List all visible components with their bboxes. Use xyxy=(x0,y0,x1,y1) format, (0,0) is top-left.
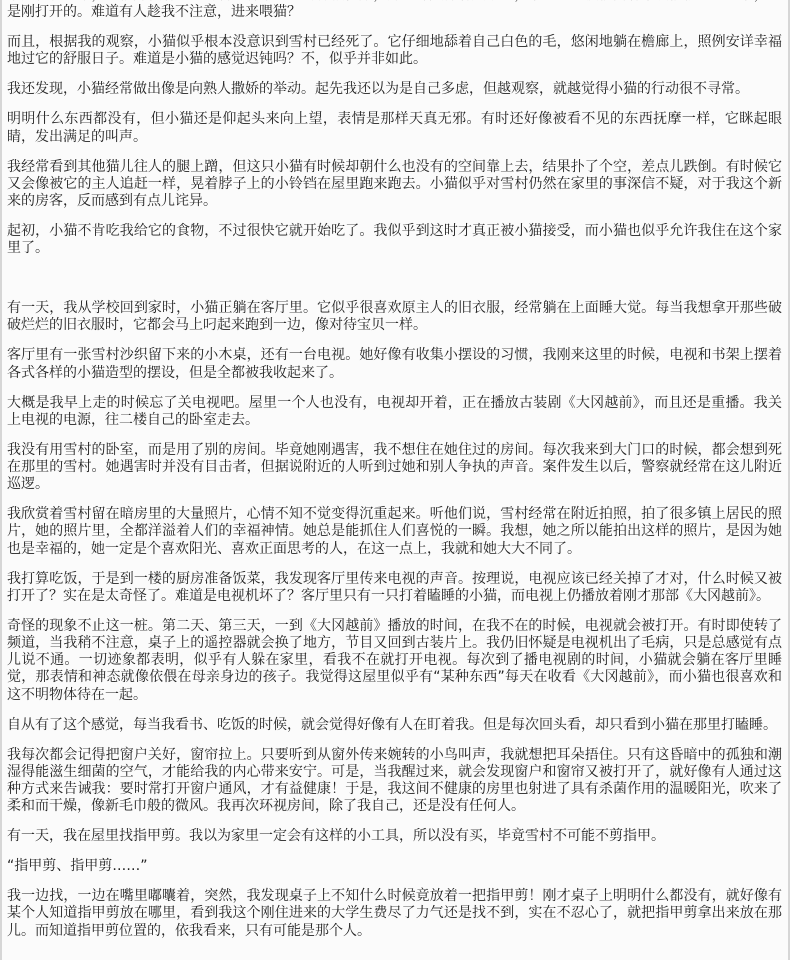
paragraph: 明明什么东西都没有，但小猫还是仰起头来向上望，表情是那样天真无邪。有时还好像被看… xyxy=(7,111,782,145)
paragraph: 我每次都会记得把窗户关好，窗帘拉上。只要听到从窗外传来婉转的小鸟叫声，我就想把耳… xyxy=(7,747,782,816)
section-break xyxy=(7,270,782,287)
paragraph: 起初，小猫不肯吃我给它的食物，不过很快它就开始吃了。我似乎到这时才真正被小猫接受… xyxy=(7,223,782,257)
paragraph: 我一边找，一边在嘴里嘟囔着，突然，我发现桌子上不知什么时候竟放着一把指甲剪！刚才… xyxy=(7,888,782,940)
paragraph: 我没有用雪村的卧室，而是用了别的房间。毕竟她刚遇害，我不想住在她住过的房间。每次… xyxy=(7,442,782,494)
paragraph: 而且，根据我的观察，小猫似乎根本没意识到雪村已经死了。它仔细地舔着自己白色的毛，… xyxy=(7,34,782,68)
document-page: 不过在我看来，小猫并没有显出可怜的样子。它身体很健康，好像每天都有人喂它，家里的… xyxy=(0,0,790,960)
paragraph: 我打算吃饭，于是到一楼的厨房准备饭菜，我发现客厅里传来电视的声音。按理说，电视应… xyxy=(7,571,782,605)
paragraph: 我还发现，小猫经常做出像是向熟人撒娇的举动。起先我还以为是自己多虑，但越观察，就… xyxy=(7,81,782,98)
paragraph: 奇怪的现象不止这一桩。第二天、第三天，一到《大冈越前》播放的时间，在我不在的时候… xyxy=(7,618,782,704)
paragraph: 大概是我早上走的时候忘了关电视吧。屋里一个人也没有，电视却开着，正在播放古装剧《… xyxy=(7,395,782,429)
dialogue-line: “指甲剪、指甲剪……” xyxy=(7,858,782,875)
paragraph: 有一天，我从学校回到家时，小猫正躺在客厅里。它似乎很喜欢原主人的旧衣服，经常躺在… xyxy=(7,300,782,334)
paragraph: 客厅里有一张雪村沙织留下来的小木桌，还有一台电视。她好像有收集小摆设的习惯，我刚… xyxy=(7,347,782,381)
paragraph: 有一天，我在屋里找指甲剪。我以为家里一定会有这样的小工具，所以没有买，毕竟雪村不… xyxy=(7,828,782,845)
paragraph: 自从有了这个感觉，每当我看书、吃饭的时候，就会觉得好像有人在盯着我。但是每次回头… xyxy=(7,717,782,734)
paragraph: 不过在我看来，小猫并没有显出可怜的样子。它身体很健康，好像每天都有人喂它，家里的… xyxy=(7,0,782,21)
article-body: 不过在我看来，小猫并没有显出可怜的样子。它身体很健康，好像每天都有人喂它，家里的… xyxy=(7,0,782,953)
paragraph: 我经常看到其他猫儿往人的腿上蹭，但这只小猫有时候却朝什么也没有的空间靠上去，结果… xyxy=(7,159,782,211)
paragraph: 我欣赏着雪村留在暗房里的大量照片，心情不知不觉变得沉重起来。听他们说，雪村经常在… xyxy=(7,506,782,558)
